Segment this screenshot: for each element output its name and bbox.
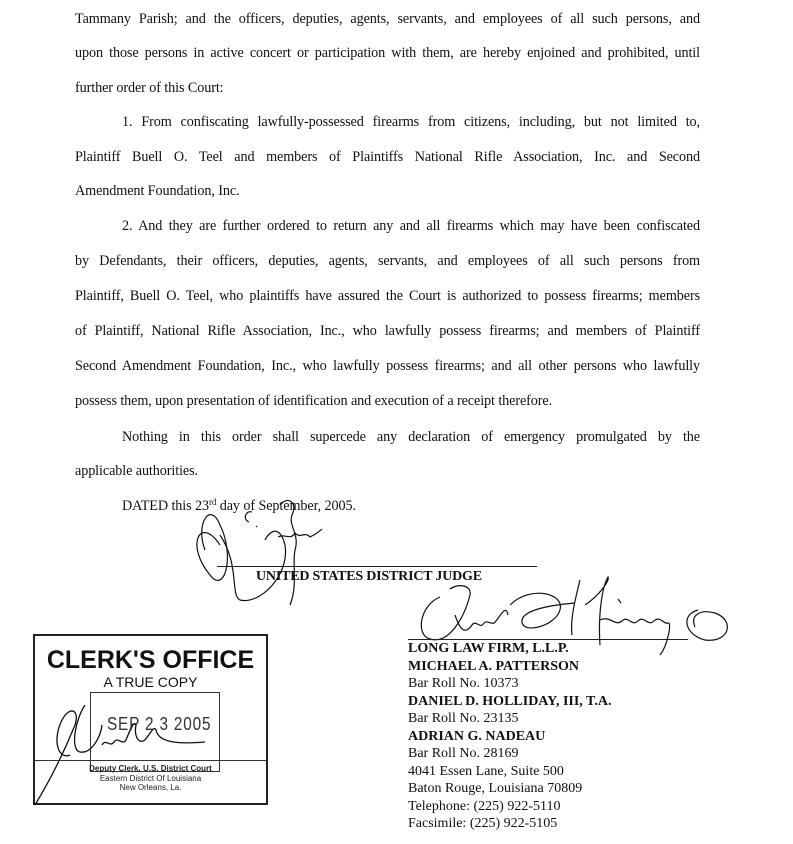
bar-roll: Bar Roll No. 10373 <box>408 675 611 693</box>
stamp-footer-line: New Orleans, La. <box>35 783 266 793</box>
dated-line: DATED this 23rd day of September, 2005. <box>122 497 700 515</box>
stamp-date: SEP 2 3 2005 <box>107 714 211 735</box>
stamp-divider <box>35 760 266 761</box>
body-text-line: Tammany Parish; and the officers, deputi… <box>75 10 700 28</box>
order-item-2-line: Second Amendment Foundation, Inc., who l… <box>75 357 700 375</box>
order-item-2-line: 2. And they are further ordered to retur… <box>122 217 700 235</box>
stamp-footer-line: Deputy Clerk, U.S. District Court <box>35 764 266 774</box>
judge-title: UNITED STATES DISTRICT JUDGE <box>256 569 482 585</box>
order-item-1-line: 1. From confiscating lawfully-possessed … <box>122 113 700 131</box>
clerk-stamp: CLERK'S OFFICE A TRUE COPY SEP 2 3 2005 … <box>33 634 268 805</box>
address-line: 4041 Essen Lane, Suite 500 <box>408 763 611 781</box>
body-text-line: upon those persons in active concert or … <box>75 44 700 62</box>
dated-rest: day of September, 2005. <box>216 498 356 514</box>
bar-roll: Bar Roll No. 28169 <box>408 745 611 763</box>
facsimile: Facsimile: (225) 922-5105 <box>408 815 611 833</box>
bar-roll: Bar Roll No. 23135 <box>408 710 611 728</box>
attorney-name: MICHAEL A. PATTERSON <box>408 658 611 676</box>
order-item-1-line: Amendment Foundation, Inc. <box>75 182 700 200</box>
order-item-2-line: possess them, upon presentation of ident… <box>75 392 700 410</box>
firm-name: LONG LAW FIRM, L.L.P. <box>408 640 611 658</box>
telephone: Telephone: (225) 922-5110 <box>408 798 611 816</box>
address-line: Baton Rouge, Louisiana 70809 <box>408 780 611 798</box>
attorney-name: DANIEL D. HOLLIDAY, III, T.A. <box>408 693 611 711</box>
stamp-subtitle: A TRUE COPY <box>35 674 266 690</box>
stamp-footer: Deputy Clerk, U.S. District Court Easter… <box>35 764 266 793</box>
nothing-clause-line: Nothing in this order shall supercede an… <box>122 428 700 446</box>
stamp-footer-line: Eastern District Of Louisiana <box>35 774 266 784</box>
body-text-line: further order of this Court: <box>75 79 700 97</box>
order-item-2-line: by Defendants, their officers, deputies,… <box>75 252 700 270</box>
attorney-name: ADRIAN G. NADEAU <box>408 728 611 746</box>
order-item-2-line: of Plaintiff, National Rifle Association… <box>75 322 700 340</box>
order-item-2-line: Plaintiff, Buell O. Teel, who plaintiffs… <box>75 287 700 305</box>
order-item-1-line: Plaintiff Buell O. Teel and members of P… <box>75 148 700 166</box>
nothing-clause-line: applicable authorities. <box>75 462 700 480</box>
attorney-block: LONG LAW FIRM, L.L.P. MICHAEL A. PATTERS… <box>408 640 611 833</box>
judge-signature-line <box>217 566 537 567</box>
stamp-title: CLERK'S OFFICE <box>35 646 266 675</box>
dated-prefix: DATED this 23 <box>122 498 209 514</box>
